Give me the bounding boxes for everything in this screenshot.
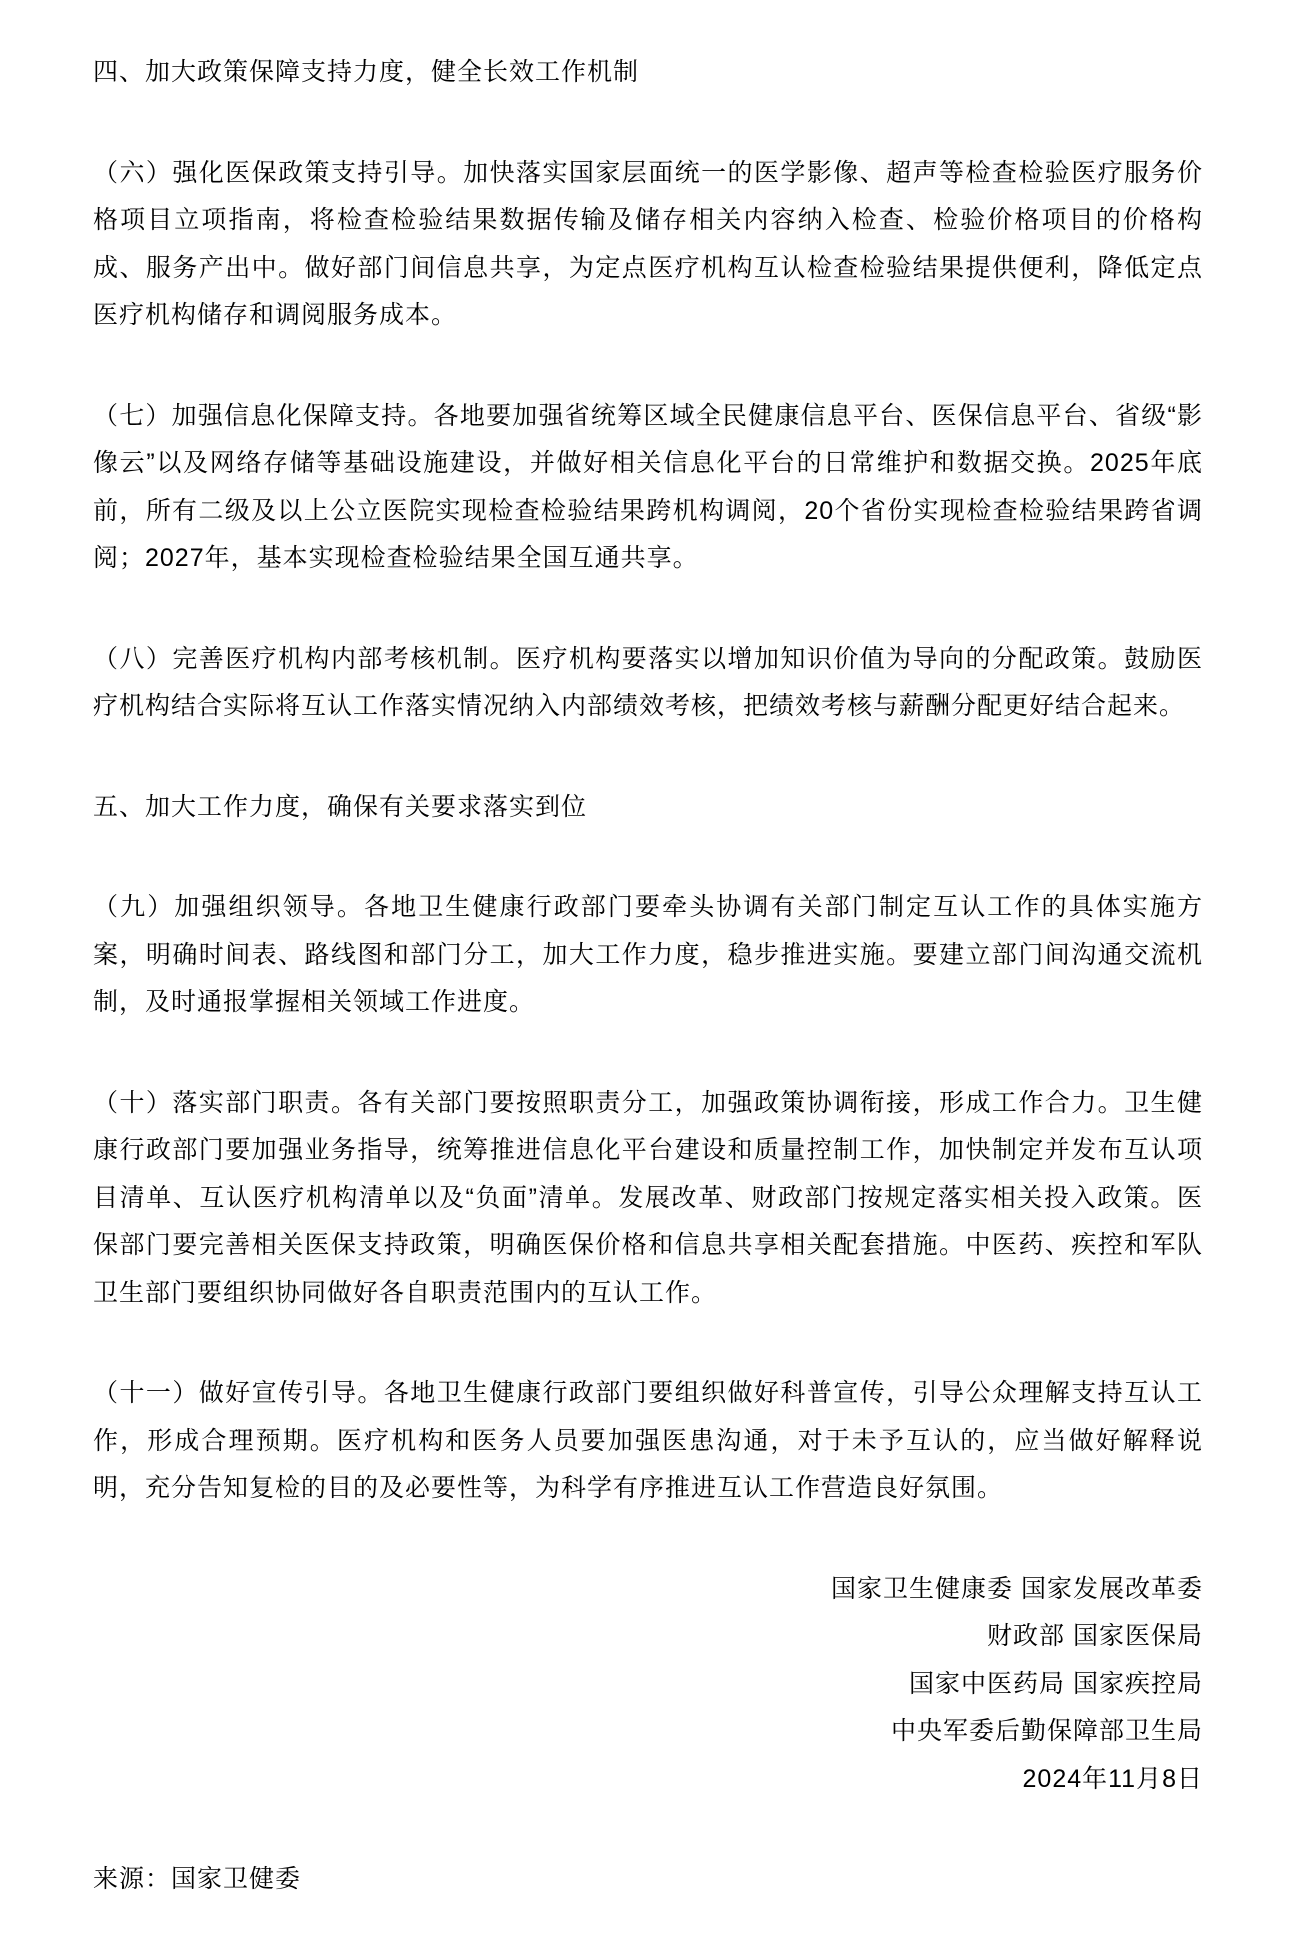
paragraph-10: （十）落实部门职责。各有关部门要按照职责分工，加强政策协调衔接，形成工作合力。卫… bbox=[93, 1080, 1203, 1318]
signature-line-issuers-3: 国家中医药局 国家疾控局 bbox=[93, 1661, 1203, 1709]
paragraph-11: （十一）做好宣传引导。各地卫生健康行政部门要组织做好科普宣传，引导公众理解支持互… bbox=[93, 1370, 1203, 1513]
signature-line-issuers-4: 中央军委后勤保障部卫生局 bbox=[93, 1708, 1203, 1756]
paragraph-7: （七）加强信息化保障支持。各地要加强省统筹区域全民健康信息平台、医保信息平台、省… bbox=[93, 393, 1203, 583]
paragraph-6: （六）强化医保政策支持引导。加快落实国家层面统一的医学影像、超声等检查检验医疗服… bbox=[93, 150, 1203, 340]
signature-line-issuers-1: 国家卫生健康委 国家发展改革委 bbox=[93, 1566, 1203, 1614]
signature-line-issuers-2: 财政部 国家医保局 bbox=[93, 1613, 1203, 1661]
signature-block: 国家卫生健康委 国家发展改革委 财政部 国家医保局 国家中医药局 国家疾控局 中… bbox=[93, 1566, 1203, 1804]
paragraph-8: （八）完善医疗机构内部考核机制。医疗机构要落实以增加知识价值为导向的分配政策。鼓… bbox=[93, 636, 1203, 731]
section-heading-4: 四、加大政策保障支持力度，健全长效工作机制 bbox=[93, 49, 1203, 97]
section-heading-5: 五、加大工作力度，确保有关要求落实到位 bbox=[93, 784, 1203, 832]
source-attribution: 来源：国家卫健委 bbox=[93, 1856, 1203, 1904]
signature-date: 2024年11月8日 bbox=[93, 1756, 1203, 1804]
paragraph-9: （九）加强组织领导。各地卫生健康行政部门要牵头协调有关部门制定互认工作的具体实施… bbox=[93, 884, 1203, 1027]
document-page: 四、加大政策保障支持力度，健全长效工作机制 （六）强化医保政策支持引导。加快落实… bbox=[0, 0, 1300, 1959]
